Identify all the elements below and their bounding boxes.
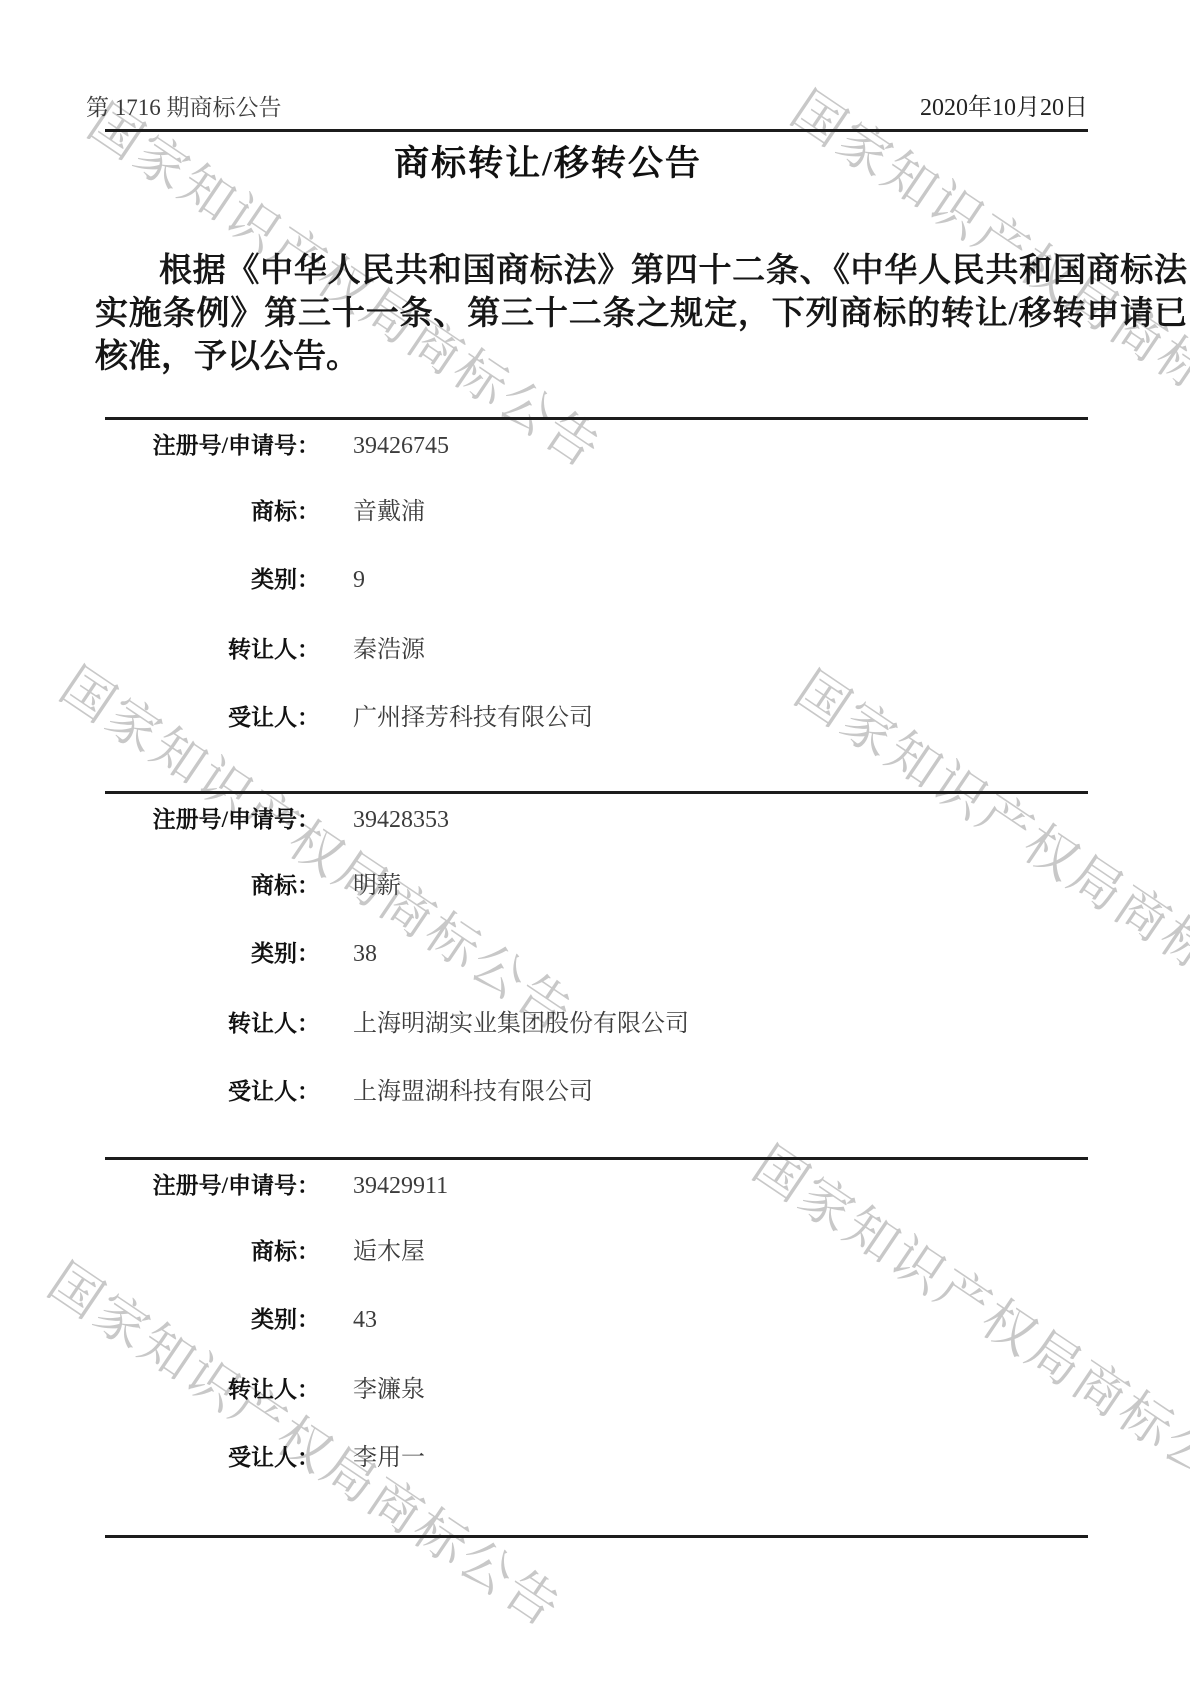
field-label-trademark: 商标： <box>105 1236 320 1268</box>
trademark-record: 注册号/申请号： 39428353 商标： 明薪 类别： 38 转让人： 上海明… <box>105 794 1088 1166</box>
field-value-trademark: 音戴浦 <box>353 496 425 528</box>
field-value-trademark: 逅木屋 <box>353 1236 425 1268</box>
field-value-class: 43 <box>353 1304 377 1336</box>
field-label-trademark: 商标： <box>105 870 320 902</box>
header-rule <box>105 129 1088 132</box>
intro-paragraph: 根据《中华人民共和国商标法》第四十二条、《中华人民共和国商标法 实施条例》第三十… <box>95 250 1187 379</box>
trademark-record: 注册号/申请号： 39429911 商标： 逅木屋 类别： 43 转让人： 李濂… <box>105 1160 1088 1532</box>
gazette-date: 2020年10月20日 <box>920 95 1088 121</box>
field-label-class: 类别： <box>105 938 320 970</box>
field-value-assignor: 秦浩源 <box>353 634 425 666</box>
field-label-class: 类别： <box>105 1304 320 1336</box>
field-label-assignor: 转让人： <box>105 634 320 666</box>
gazette-issue-number: 第 1716 期商标公告 <box>86 95 282 121</box>
field-label-assignee: 受让人： <box>105 702 320 734</box>
trademark-record: 注册号/申请号： 39426745 商标： 音戴浦 类别： 9 转让人： 秦浩源… <box>105 420 1088 792</box>
field-value-reg-no: 39426745 <box>353 430 449 462</box>
field-value-trademark: 明薪 <box>353 870 401 902</box>
field-label-assignor: 转让人： <box>105 1008 320 1040</box>
field-value-assignee: 广州择芳科技有限公司 <box>353 702 593 734</box>
intro-line: 核准，予以公告。 <box>95 336 1187 379</box>
intro-line: 根据《中华人民共和国商标法》第四十二条、《中华人民共和国商标法 <box>95 250 1187 293</box>
gazette-page: 国家知识产权局商标公告 国家知识产权局商标公告 国家知识产权局商标公告 国家知识… <box>0 0 1190 1698</box>
field-label-assignee: 受让人： <box>105 1076 320 1108</box>
page-title: 商标转让/移转公告 <box>105 144 991 184</box>
field-value-class: 9 <box>353 564 365 596</box>
field-label-reg-no: 注册号/申请号： <box>105 804 320 836</box>
field-label-class: 类别： <box>105 564 320 596</box>
field-value-assignee: 上海盟湖科技有限公司 <box>353 1076 593 1108</box>
field-label-reg-no: 注册号/申请号： <box>105 430 320 462</box>
field-label-assignee: 受让人： <box>105 1442 320 1474</box>
field-value-assignor: 李濂泉 <box>353 1374 425 1406</box>
field-label-trademark: 商标： <box>105 496 320 528</box>
field-value-class: 38 <box>353 938 377 970</box>
field-value-assignee: 李用一 <box>353 1442 425 1474</box>
field-label-assignor: 转让人： <box>105 1374 320 1406</box>
content-layer: 第 1716 期商标公告 2020年10月20日 商标转让/移转公告 根据《中华… <box>0 0 1190 1698</box>
intro-line: 实施条例》第三十一条、第三十二条之规定，下列商标的转让/移转申请已 <box>95 293 1187 336</box>
field-value-reg-no: 39428353 <box>353 804 449 836</box>
field-value-reg-no: 39429911 <box>353 1170 448 1202</box>
field-value-assignor: 上海明湖实业集团股份有限公司 <box>353 1008 689 1040</box>
record-separator <box>105 1535 1088 1538</box>
field-label-reg-no: 注册号/申请号： <box>105 1170 320 1202</box>
